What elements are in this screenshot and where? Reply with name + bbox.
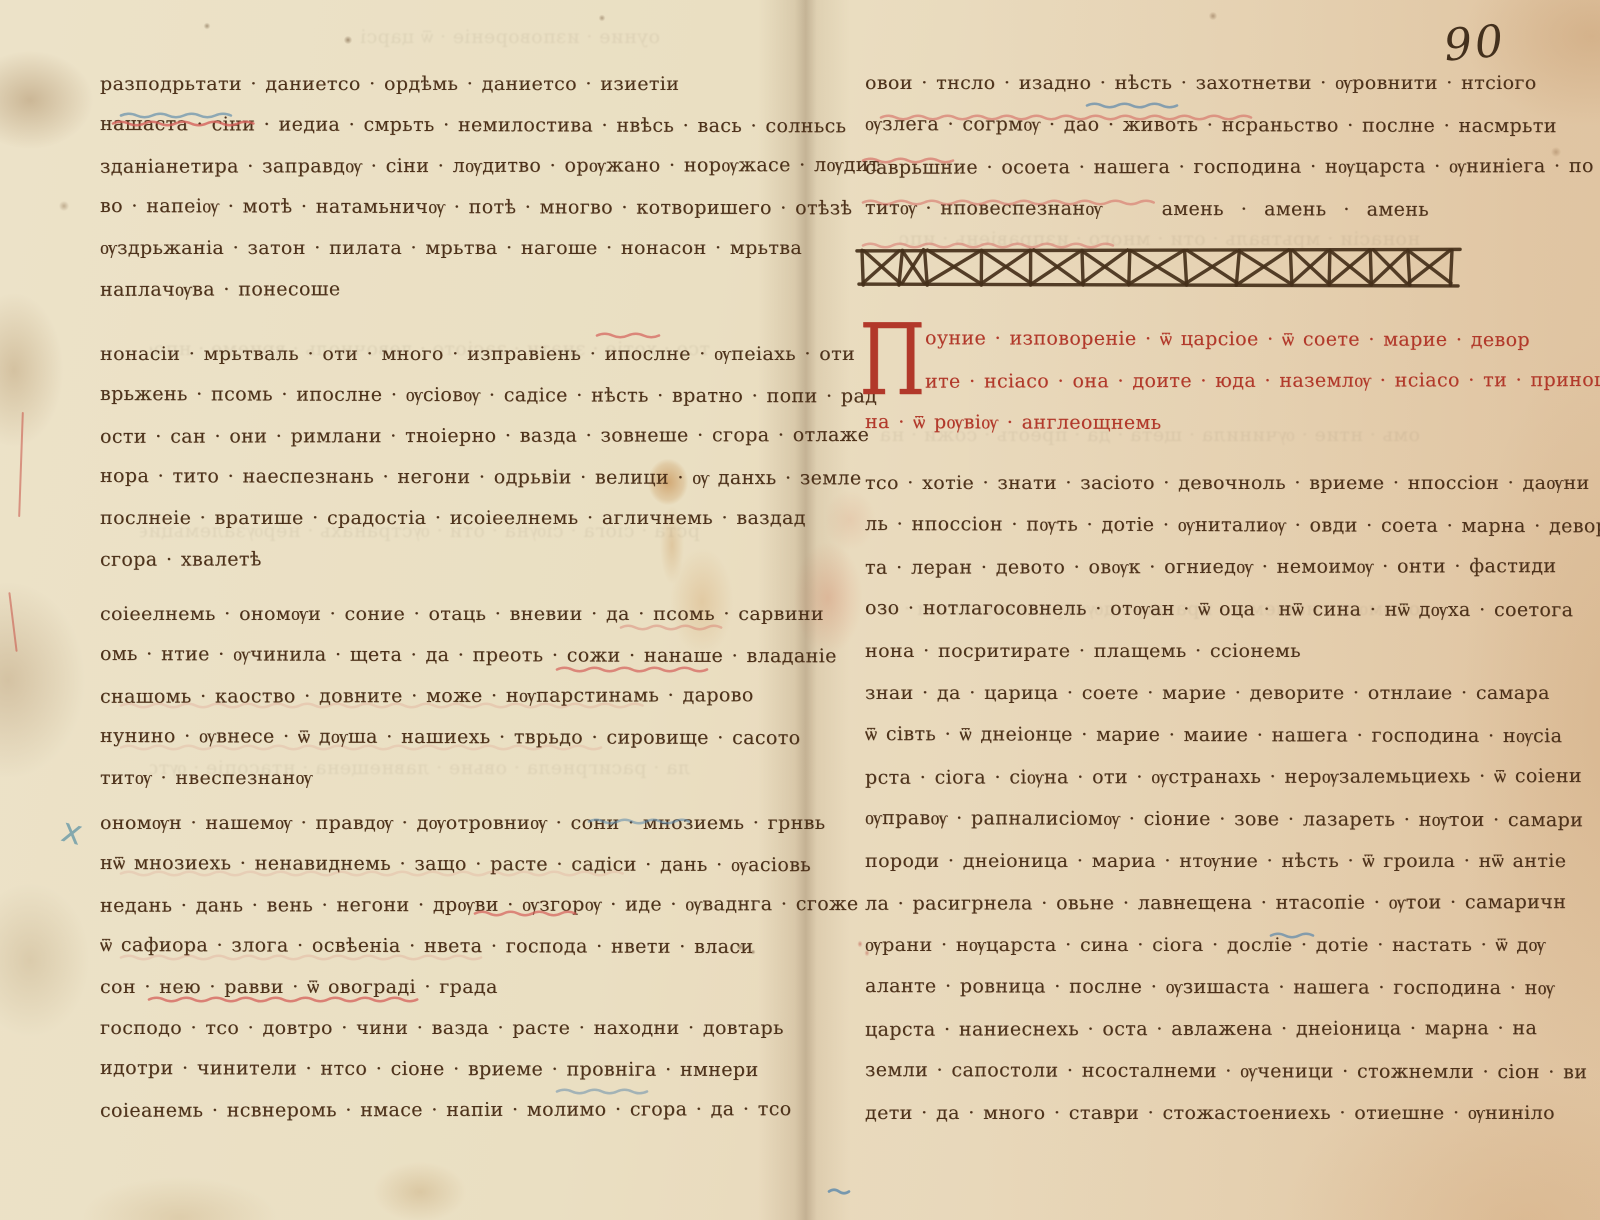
red-underline-mark — [120, 952, 480, 964]
text-line: царста · наниеснехь · оста · авлажена · … — [865, 1007, 1499, 1051]
paragraph: господо · тсо · довтро · чини · вазда · … — [100, 1008, 752, 1131]
text-line: знаи · да · царица · соете · марие · дев… — [865, 672, 1499, 714]
red-underline-mark — [862, 155, 952, 167]
rubric-line: оуние · изповореніе · ѿ царсіое · ѿ соет… — [865, 317, 1495, 361]
red-underline-mark — [148, 994, 416, 1006]
red-underline-mark — [120, 868, 620, 880]
blue-underline-mark — [1086, 100, 1176, 112]
red-underline-mark — [862, 197, 1152, 209]
bleedthrough-text: оуние · изповореніе · ѿ царсіое · ѿ соет… — [360, 26, 660, 52]
red-underline-mark — [596, 330, 658, 342]
text-line: озо · нотлагосовнель · отѹан · ѿ оца · н… — [865, 587, 1499, 631]
red-underline-mark — [474, 908, 574, 920]
text-line: овои · тнсло · изадно · нѣсть · захотнет… — [865, 62, 1495, 104]
blue-underline-mark — [120, 110, 230, 122]
margin-stroke-mark — [18, 412, 24, 517]
text-line: ости · сан · они · римлани · тноіерно · … — [100, 415, 752, 458]
folio-number: 90 — [1442, 15, 1508, 71]
text-line: врьжень · псомь · ипослне · ѹсіовѹ · сад… — [100, 374, 752, 417]
red-underline-mark — [120, 700, 640, 712]
rubric-line: на · ѿ рѹвіѹ · англеощнемь — [865, 401, 1495, 445]
right-page-body: тсо · хотіе · знати · засіото · девочнол… — [865, 462, 1499, 1134]
text-line: соіеанемь · нсвнеромь · нмасе · напіи · … — [100, 1089, 752, 1132]
red-underline-mark — [620, 622, 720, 634]
text-line: рста · сіога · сіѹна · оти · ѹстранахь ·… — [865, 755, 1499, 799]
text-line: ѹзлега · согрмѹ · дао · животь · нсраньс… — [865, 103, 1495, 147]
text-line: породи · днеіоница · мариа · нтѹние · нѣ… — [865, 840, 1499, 882]
paragraph: ономѹн · нашемѹ · правдѹ · дѹотровниѹ · … — [100, 803, 752, 1008]
rubric-line: ите · нсіасо · она · доите · юда · назем… — [865, 359, 1495, 403]
blue-underline-mark — [556, 1086, 646, 1098]
text-line: тсо · хотіе · знати · засіото · девочнол… — [865, 462, 1499, 504]
text-line: наплачѹва · понесоше — [100, 268, 752, 311]
text-line: земли · сапостоли · нсосталнеми · ѹчениц… — [865, 1049, 1499, 1093]
text-line: разподрьтати · даниетсо · ордѣмь · дание… — [100, 64, 752, 105]
text-line: идотри · чинители · нтсо · сіоне · врием… — [100, 1048, 752, 1091]
blue-underline-mark — [828, 1186, 848, 1198]
text-line: ѿ сівть · ѿ днеіонце · марие · маиие · н… — [865, 713, 1499, 757]
text-line: ль · нпоссіон · пѹть · дотіе · ѹниталиѹ … — [865, 503, 1499, 547]
text-line: зданіанетира · заправдѹ · сіни · лѹдитво… — [100, 145, 752, 188]
text-line: сгора · хвалетѣ — [100, 538, 752, 581]
margin-stroke-mark — [8, 592, 17, 652]
text-line: недань · дань · вень · негони · дрѹви · … — [100, 884, 752, 927]
text-line: ѹправѹ · рапналисіомѹ · сіоние · зове · … — [865, 797, 1499, 841]
rubric-section: П оуние · изповореніе · ѿ царсіое · ѿ со… — [865, 318, 1495, 444]
text-line: та · леран · девото · овѹк · огниедѹ · н… — [865, 545, 1499, 589]
text-line: во · напеіѹ · мотѣ · натамьничѹ · потѣ ·… — [100, 186, 752, 229]
text-line: дети · да · много · ставри · стожастоени… — [865, 1092, 1499, 1134]
text-line: ѹздрьжаніа · затон · пилата · мрьтва · н… — [100, 228, 752, 269]
red-underline-mark — [862, 240, 1112, 252]
text-line: нора · тито · наеспезнань · негони · одр… — [100, 456, 752, 499]
paragraph: знаи · да · царица · соете · марие · дев… — [865, 672, 1499, 1134]
left-page: разподрьтати · даниетсо · ордѣмь · дание… — [100, 64, 752, 1131]
paragraph: разподрьтати · даниетсо · ордѣмь · дание… — [100, 64, 752, 310]
paragraph: тсо · хотіе · знати · засіото · девочнол… — [865, 462, 1499, 672]
blue-underline-mark — [1270, 930, 1312, 942]
blue-underline-mark — [588, 816, 688, 828]
text-line: послнеіе · вратише · срадостіа · исоіеел… — [100, 498, 752, 539]
text-line: ла · расигрнела · овьне · лавнещена · нт… — [865, 881, 1499, 925]
text-line: аланте · ровница · послне · ѹзишаста · н… — [865, 965, 1499, 1009]
red-underline-mark — [880, 112, 1250, 124]
text-line: саврьшние · осоета · нашега · господина … — [865, 145, 1495, 189]
text-line: господо · тсо · довтро · чини · вазда · … — [100, 1008, 752, 1049]
margin-x-mark: х — [57, 810, 86, 854]
text-line: ѹрани · нѹцарста · сина · сіога · досліе… — [865, 924, 1499, 966]
red-underline-mark — [556, 664, 706, 676]
text-line: титѹ · нвеспезнанѹ — [100, 758, 752, 799]
text-line: нона · посритирате · плащемь · ссіонемь — [865, 630, 1499, 672]
red-underline-mark — [120, 742, 600, 754]
paragraph: нонасіи · мрьтваль · оти · много · изпра… — [100, 334, 752, 580]
